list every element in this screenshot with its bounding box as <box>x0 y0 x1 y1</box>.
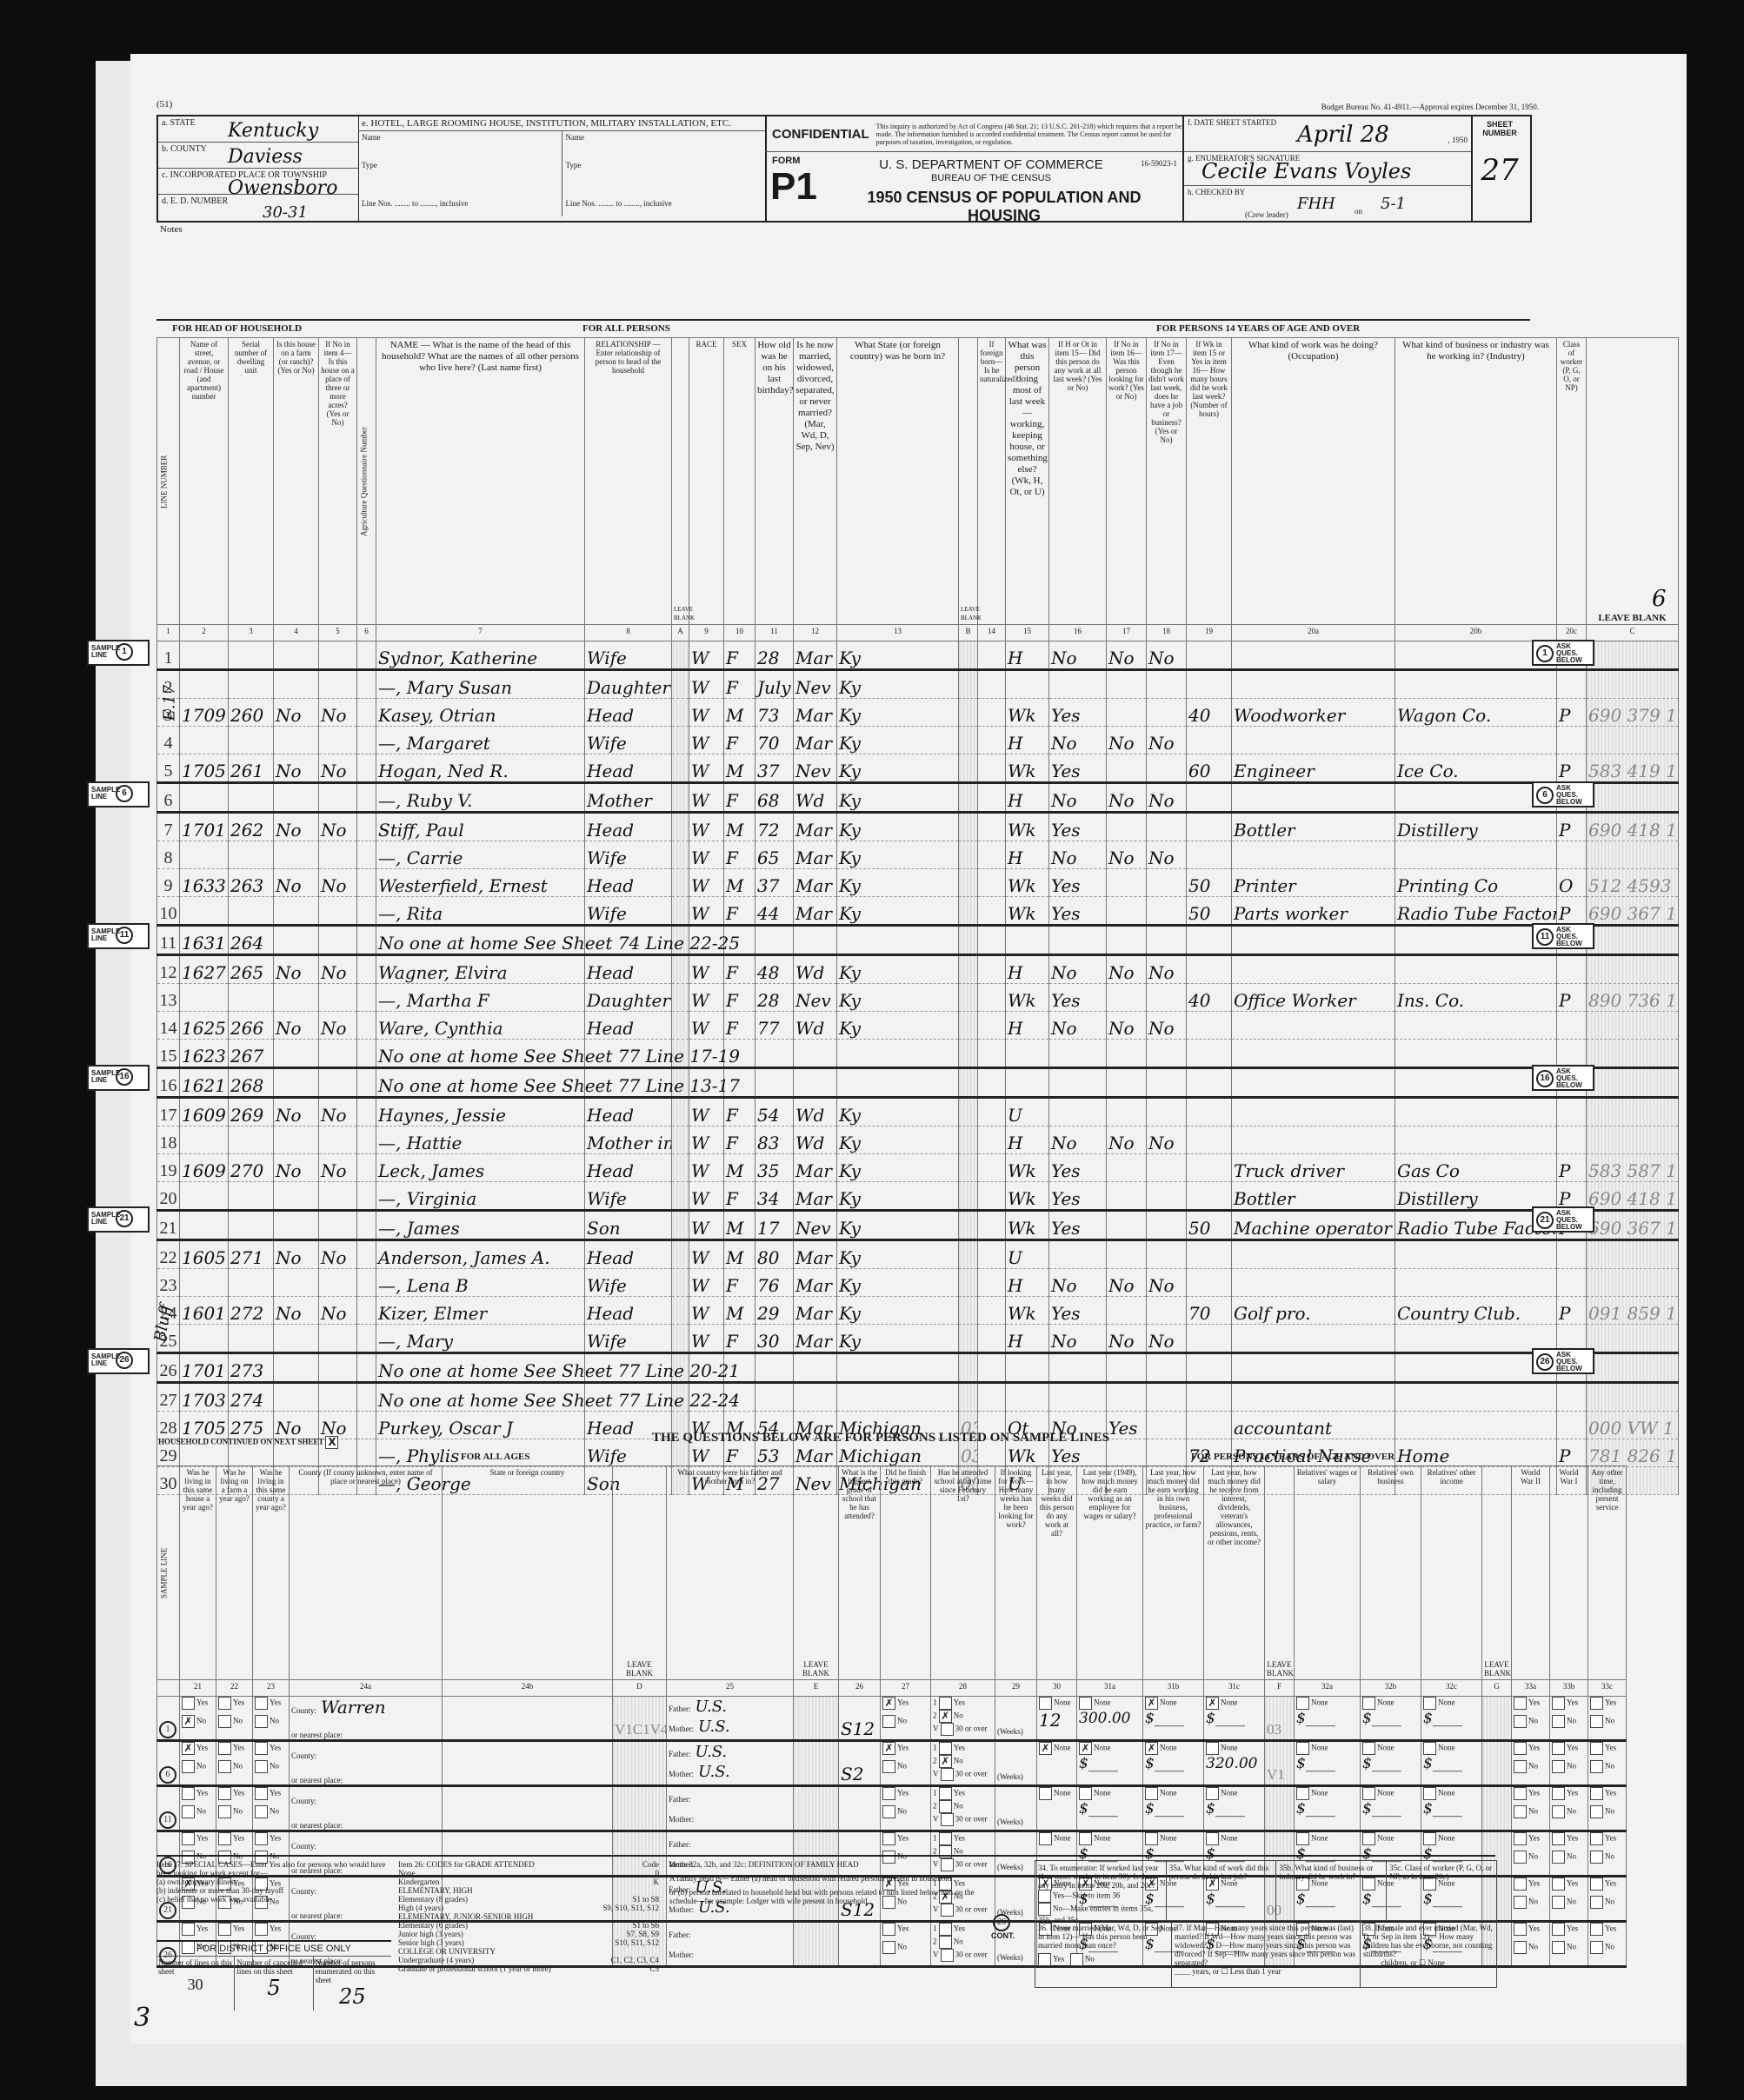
marital-status: Nev <box>794 754 837 783</box>
same-county-yes-checkbox[interactable] <box>255 1697 268 1710</box>
other-service-yes-checkbox[interactable] <box>1590 1877 1603 1891</box>
other-income[interactable]: ✗None$____ <box>1204 1697 1265 1741</box>
no-label: No <box>196 1717 206 1725</box>
rel-other-none-checkbox[interactable] <box>1423 1697 1436 1710</box>
section-head-of-household: FOR HEAD OF HOUSEHOLD <box>172 323 302 334</box>
rel-business-none-checkbox[interactable] <box>1362 1697 1375 1710</box>
same-house-no-checkbox[interactable] <box>182 1760 195 1773</box>
class-of-worker <box>1557 727 1587 754</box>
relatives-wages[interactable]: None$____ <box>1295 1786 1361 1831</box>
industry: Radio Tube Factory <box>1395 897 1557 926</box>
naturalized <box>978 841 1006 869</box>
hours-worked: 40 <box>1187 699 1232 727</box>
industry <box>1395 1412 1557 1439</box>
school-no-checkbox[interactable] <box>939 1800 952 1813</box>
same-county-yes-checkbox[interactable] <box>255 1787 268 1800</box>
relatives-other[interactable]: None$____ <box>1421 1741 1482 1786</box>
weeks-worked[interactable]: None <box>1037 1786 1077 1831</box>
race: W <box>689 841 724 869</box>
line-number: 1 <box>157 641 180 670</box>
ww1-no-checkbox[interactable] <box>1552 1896 1565 1909</box>
weeks-none-checkbox[interactable]: ✗ <box>1039 1742 1052 1755</box>
col-num: 32c <box>1421 1680 1482 1697</box>
same-county-no-checkbox[interactable] <box>255 1760 268 1773</box>
father-birthplace: U.S. <box>696 1698 728 1716</box>
crew-leader-label: (Crew leader) <box>1245 210 1288 219</box>
person-name: —, Ruby V. <box>376 783 585 813</box>
highest-grade[interactable]: S12 <box>839 1697 881 1741</box>
naturalized <box>978 926 1006 955</box>
house-number <box>180 1211 229 1240</box>
leave-blank-a <box>672 841 689 869</box>
rel-wages-none-checkbox[interactable] <box>1296 1832 1309 1845</box>
finished-grade-no-checkbox[interactable] <box>882 1941 895 1954</box>
col-num: 26 <box>839 1680 881 1697</box>
school-no-checkbox[interactable]: ✗ <box>939 1755 952 1768</box>
other-none-checkbox[interactable] <box>1206 1832 1219 1845</box>
activity-last-week: H <box>1006 727 1049 754</box>
ww2-no-checkbox[interactable] <box>1514 1941 1527 1954</box>
other-none-checkbox[interactable]: ✗ <box>1206 1697 1219 1710</box>
col-num: 12 <box>794 625 837 641</box>
school-30-checkbox[interactable] <box>941 1723 954 1736</box>
ww2-yes-checkbox[interactable] <box>1514 1832 1527 1845</box>
other-service-no-checkbox[interactable] <box>1590 1851 1603 1864</box>
ww1-service: YesNo <box>1550 1741 1588 1786</box>
finished-grade-yes-checkbox[interactable] <box>882 1923 895 1936</box>
business-income[interactable]: None$____ <box>1143 1786 1204 1831</box>
other-income[interactable]: None320.00 <box>1204 1741 1265 1786</box>
hours-worked <box>1187 670 1232 699</box>
relationship: Head <box>585 1154 672 1182</box>
q34-yes-checkbox[interactable] <box>1038 1890 1051 1903</box>
ww2-no-checkbox[interactable] <box>1514 1851 1527 1864</box>
wages-none-checkbox[interactable] <box>1079 1832 1092 1845</box>
ww1-no-checkbox[interactable] <box>1552 1805 1565 1818</box>
population-table: LINE NUMBER Name of street, avenue, or r… <box>156 337 1679 1495</box>
farm-year-ago-yes-checkbox[interactable] <box>218 1923 231 1936</box>
highest-grade[interactable] <box>839 1922 881 1967</box>
sample-row: 1Yes✗NoYesNoYesNoCounty: Warrenor neares… <box>157 1697 1627 1741</box>
worked-last-week <box>1049 1353 1107 1383</box>
line-number: 14 <box>157 1012 180 1040</box>
class-of-worker <box>1557 1412 1587 1439</box>
hours-worked <box>1187 1012 1232 1040</box>
worked-last-week: Yes <box>1049 813 1107 841</box>
race: W <box>689 1182 724 1211</box>
school-no-checkbox[interactable]: ✗ <box>939 1710 952 1723</box>
wages-none-checkbox[interactable]: ✗ <box>1079 1742 1092 1755</box>
serial-number <box>229 1269 274 1297</box>
farm-year-ago-yes-checkbox[interactable] <box>218 1742 231 1755</box>
school-yes-checkbox[interactable] <box>939 1832 952 1845</box>
age: 30 <box>756 1325 794 1353</box>
agri-number <box>357 1353 376 1383</box>
same-house-no-checkbox[interactable]: ✗ <box>182 1715 195 1728</box>
ww1-yes-checkbox[interactable] <box>1552 1697 1565 1710</box>
same-house-answer: Yes✗No <box>180 1697 216 1741</box>
relatives-business[interactable]: None$____ <box>1361 1741 1421 1786</box>
county-year-ago[interactable]: County: or nearest place: <box>290 1786 443 1831</box>
sex: M <box>724 1211 756 1240</box>
own-none-checkbox[interactable] <box>1145 1832 1158 1845</box>
business-income[interactable]: ✗None$____ <box>1143 1741 1204 1786</box>
class-of-worker: P <box>1557 1297 1587 1325</box>
leave-blank-b <box>959 1211 978 1240</box>
other-service-no-checkbox[interactable] <box>1590 1805 1603 1818</box>
other-service-yes-checkbox[interactable] <box>1590 1742 1603 1755</box>
other-service-no-checkbox[interactable] <box>1590 1715 1603 1728</box>
ww1-yes-checkbox[interactable] <box>1552 1923 1565 1936</box>
yes-label: Yes <box>1567 1789 1578 1798</box>
naturalized <box>978 727 1006 754</box>
relatives-other[interactable]: None$____ <box>1421 1786 1482 1831</box>
ww2-no-checkbox[interactable] <box>1514 1760 1527 1773</box>
naturalized <box>978 1383 1006 1412</box>
household-continued-checkbox[interactable]: X <box>325 1436 338 1449</box>
relatives-wages[interactable]: None$____ <box>1295 1741 1361 1786</box>
same-house-yes-checkbox[interactable] <box>182 1832 195 1845</box>
col-num: 28 <box>931 1680 995 1697</box>
ww2-no-checkbox[interactable] <box>1514 1805 1527 1818</box>
section-persons-14-b: FOR PERSONS 14 YEARS OF AGE AND OVER <box>1191 1452 1395 1462</box>
class-of-worker <box>1557 670 1587 699</box>
finished-grade-no-checkbox[interactable] <box>882 1805 895 1818</box>
footer-rule <box>156 1855 1495 1857</box>
business-income[interactable]: ✗None$____ <box>1143 1697 1204 1741</box>
hours-worked: 50 <box>1187 869 1232 897</box>
grade-code-label: Kindergarten <box>398 1877 439 1886</box>
other-income[interactable]: None$____ <box>1204 1786 1265 1831</box>
ww2-yes-checkbox[interactable] <box>1514 1923 1527 1936</box>
parents-birthplace[interactable]: Father: U.S.Mother: U.S. <box>667 1741 794 1786</box>
acres-answer: No <box>319 869 357 897</box>
none-label: None <box>1221 1834 1238 1843</box>
looking-for-work <box>1107 1297 1147 1325</box>
own-none-checkbox[interactable]: ✗ <box>1145 1697 1158 1710</box>
wages-none-checkbox[interactable] <box>1079 1697 1092 1710</box>
school-30-checkbox[interactable] <box>941 1949 954 1962</box>
weeks-worked[interactable]: ✗None <box>1037 1741 1077 1786</box>
weeks-looking[interactable]: (Weeks) <box>995 1786 1037 1831</box>
household-continued: HOUSEHOLD CONTINUED ON NEXT SHEET X <box>158 1436 340 1449</box>
grade-code-label: Junior high (3 years) <box>398 1930 463 1938</box>
highest-grade[interactable]: S2 <box>839 1741 881 1786</box>
relatives-other[interactable]: None$____ <box>1421 1697 1482 1741</box>
table-row: 6—, Ruby V.MotherWF68WdKyHNoNoNo <box>157 783 1679 813</box>
ww1-no-checkbox[interactable] <box>1552 1941 1565 1954</box>
birthplace: Ky <box>837 727 959 754</box>
farm-year-ago-yes-checkbox[interactable] <box>218 1832 231 1845</box>
agri-number <box>357 1068 376 1098</box>
school-no-checkbox[interactable] <box>939 1936 952 1949</box>
weeks-none-checkbox[interactable] <box>1039 1787 1052 1800</box>
age <box>756 1383 794 1412</box>
own-none-checkbox[interactable] <box>1145 1787 1158 1800</box>
rel-wages-none-checkbox[interactable] <box>1296 1697 1309 1710</box>
birthplace <box>837 1068 959 1098</box>
activity-last-week <box>1006 1040 1049 1068</box>
ww1-no-checkbox[interactable] <box>1552 1851 1565 1864</box>
weeks-looking[interactable]: (Weeks) <box>995 1831 1037 1877</box>
sample-col-header-25: What country were his father and mother … <box>667 1466 794 1680</box>
looking-for-work <box>1107 1182 1147 1211</box>
same-county-yes-checkbox[interactable] <box>255 1832 268 1845</box>
farm-answer <box>274 727 319 754</box>
ww1-yes-checkbox[interactable] <box>1552 1877 1565 1891</box>
marital-status: Mar <box>794 897 837 926</box>
no-label: No <box>1605 1762 1614 1771</box>
industry <box>1395 1098 1557 1126</box>
none-label: None <box>1160 1698 1177 1707</box>
wages-income[interactable]: None300.00 <box>1077 1697 1143 1741</box>
school-yes-checkbox[interactable] <box>939 1742 952 1755</box>
wages-none-checkbox[interactable] <box>1079 1787 1092 1800</box>
parents-birthplace[interactable]: Father: U.S.Mother: U.S. <box>667 1697 794 1741</box>
rel-business-none-checkbox[interactable] <box>1362 1742 1375 1755</box>
naturalized <box>978 1353 1006 1383</box>
finished-grade-yes-checkbox[interactable]: ✗ <box>882 1697 895 1710</box>
same-county-no-checkbox[interactable] <box>255 1715 268 1728</box>
relatives-business[interactable]: None$____ <box>1361 1786 1421 1831</box>
looking-for-work <box>1107 1040 1147 1068</box>
ww2-yes-checkbox[interactable] <box>1514 1697 1527 1710</box>
none-label: None <box>1438 1789 1455 1798</box>
serial-number: 272 <box>229 1297 274 1325</box>
q36-yes-checkbox[interactable] <box>1038 1953 1051 1966</box>
weeks-none-checkbox[interactable] <box>1039 1697 1052 1710</box>
sample-line-label: SAMPLE LINE <box>91 1070 116 1084</box>
leave-blank-c <box>1587 1098 1679 1126</box>
agri-number <box>357 641 376 670</box>
state-year-ago[interactable] <box>443 1741 613 1786</box>
other-none-checkbox[interactable] <box>1206 1787 1219 1800</box>
ww2-no-checkbox[interactable] <box>1514 1715 1527 1728</box>
ww2-yes-checkbox[interactable] <box>1514 1877 1527 1891</box>
col-num: 7 <box>376 625 585 641</box>
column-numbers: 12345678A910111213B14151617181920a20b20c… <box>157 625 1679 641</box>
occupation: Office Worker <box>1232 984 1395 1012</box>
school-30-checkbox[interactable] <box>941 1768 954 1781</box>
weeks-none-checkbox[interactable] <box>1039 1832 1052 1845</box>
finished-grade-yes-checkbox[interactable] <box>882 1787 895 1800</box>
hours-worked: 40 <box>1187 984 1232 1012</box>
line-number: 23 <box>157 1269 180 1297</box>
other-service-yes-checkbox[interactable] <box>1590 1832 1603 1845</box>
same-county-yes-checkbox[interactable] <box>255 1923 268 1936</box>
relatives-wages[interactable]: None$____ <box>1295 1697 1361 1741</box>
other-none-checkbox[interactable] <box>1206 1742 1219 1755</box>
other-service-no-checkbox[interactable] <box>1590 1941 1603 1954</box>
ww1-no-checkbox[interactable] <box>1552 1760 1565 1773</box>
school-30-checkbox[interactable] <box>941 1813 954 1826</box>
class-of-worker: P <box>1557 984 1587 1012</box>
same-county-no-checkbox[interactable] <box>255 1805 268 1818</box>
same-house-yes-checkbox[interactable] <box>182 1697 195 1710</box>
farm-year-ago-yes-checkbox[interactable] <box>218 1787 231 1800</box>
none-label: None <box>1221 1698 1238 1707</box>
has-job: No <box>1147 783 1187 813</box>
agri-number <box>357 699 376 727</box>
birthplace <box>837 1040 959 1068</box>
person-name: Wagner, Elvira <box>376 955 585 984</box>
parents-birthplace[interactable]: Father: Mother: <box>667 1922 794 1967</box>
other-service-no-checkbox[interactable] <box>1590 1760 1603 1773</box>
weeks-looking[interactable]: (Weeks) <box>995 1697 1037 1741</box>
serial-number: 265 <box>229 955 274 984</box>
wages-income[interactable]: None$____ <box>1077 1786 1143 1831</box>
acres-answer: No <box>319 1412 357 1439</box>
parents-birthplace[interactable]: Father: Mother: <box>667 1786 794 1831</box>
birthplace: Ky <box>837 1012 959 1040</box>
relationship: Daughter <box>585 984 672 1012</box>
same-house-yes-checkbox[interactable] <box>182 1787 195 1800</box>
ww2-yes-checkbox[interactable] <box>1514 1742 1527 1755</box>
naturalized <box>978 955 1006 984</box>
farm-answer <box>274 897 319 926</box>
grade-codes-title: Item 26: CODES for GRADE ATTENDED <box>398 1860 535 1869</box>
col-num: 22 <box>216 1680 253 1697</box>
has-job <box>1147 1154 1187 1182</box>
house-number <box>180 897 229 926</box>
ww2-no-checkbox[interactable] <box>1514 1896 1527 1909</box>
col-header-17: If No in item 16— Was this person lookin… <box>1107 338 1147 625</box>
q34-text: 34. To enumerator: If worked last year (… <box>1038 1864 1163 1890</box>
other-service-no-checkbox[interactable] <box>1590 1896 1603 1909</box>
ww2-service: YesNo <box>1512 1877 1550 1922</box>
race: W <box>689 955 724 984</box>
rel-other-none-checkbox[interactable] <box>1423 1787 1436 1800</box>
weeks-looking[interactable]: (Weeks) <box>995 1741 1037 1786</box>
col-header-11: How old was he on his last birthday? <box>756 338 794 625</box>
county-year-ago[interactable]: County: or nearest place: <box>290 1741 443 1786</box>
no-label: No <box>954 1757 963 1765</box>
yes-label: Yes <box>897 1924 909 1933</box>
house-number <box>180 841 229 869</box>
own-none-checkbox[interactable]: ✗ <box>1145 1742 1158 1755</box>
leave-blank-a <box>672 1098 689 1126</box>
other-service-yes-checkbox[interactable] <box>1590 1697 1603 1710</box>
serial-number <box>229 783 274 813</box>
leave-blank-c <box>1587 926 1679 955</box>
finished-grade-yes-checkbox[interactable]: ✗ <box>882 1742 895 1755</box>
no-label: No <box>1567 1943 1576 1951</box>
mother-birthplace: U.S. <box>698 1763 730 1781</box>
farm-answer <box>274 1211 319 1240</box>
school-yes-checkbox[interactable] <box>939 1923 952 1936</box>
relationship: Wife <box>585 641 672 670</box>
grade-code-value: 0 <box>656 1869 660 1877</box>
weeks-worked[interactable]: None12 <box>1037 1697 1077 1741</box>
ww1-yes-checkbox[interactable] <box>1552 1742 1565 1755</box>
same-county-yes-checkbox[interactable] <box>255 1742 268 1755</box>
rel-other-none-checkbox[interactable] <box>1423 1832 1436 1845</box>
school-yes-checkbox[interactable] <box>939 1787 952 1800</box>
farm-year-ago-no-checkbox[interactable] <box>218 1715 231 1728</box>
same-house-yes-checkbox[interactable]: ✗ <box>182 1742 195 1755</box>
class-of-worker: P <box>1557 754 1587 783</box>
yes-label: Yes <box>1528 1744 1540 1752</box>
relatives-business[interactable]: None$____ <box>1361 1697 1421 1741</box>
leave-blank-c: 512 4593 <box>1587 869 1679 897</box>
occupation <box>1232 670 1395 699</box>
agri-number <box>357 1012 376 1040</box>
agri-number <box>357 783 376 813</box>
agri-number <box>357 955 376 984</box>
school-30-checkbox[interactable] <box>941 1904 954 1917</box>
rel-wages-none-checkbox[interactable] <box>1296 1742 1309 1755</box>
col-num: 25 <box>667 1680 794 1697</box>
farm-year-ago-no-checkbox[interactable] <box>218 1805 231 1818</box>
school-yes-checkbox[interactable] <box>939 1697 952 1710</box>
census-sheet: (51) Budget Bureau No. 41-4911.—Approval… <box>130 54 1687 2044</box>
same-house-yes-checkbox[interactable] <box>182 1923 195 1936</box>
rel-other-none-checkbox[interactable] <box>1423 1742 1436 1755</box>
ask-line-number: 21 <box>1536 1212 1554 1229</box>
q36-no-checkbox[interactable] <box>1070 1953 1083 1966</box>
occupation <box>1232 955 1395 984</box>
farm-year-ago-no-checkbox[interactable] <box>218 1760 231 1773</box>
sample-col-header-23: Was he living in this same county a year… <box>253 1466 290 1680</box>
race: W <box>689 1154 724 1182</box>
other-service-yes-checkbox[interactable] <box>1590 1787 1603 1800</box>
relationship: Head <box>585 1098 672 1126</box>
grade-code-value: S1 to S8 <box>632 1895 659 1904</box>
leave-blank-b <box>959 1353 978 1383</box>
rel-business-none-checkbox[interactable] <box>1362 1787 1375 1800</box>
rel-wages-none-checkbox[interactable] <box>1296 1787 1309 1800</box>
ww1-yes-checkbox[interactable] <box>1552 1832 1565 1845</box>
finished-grade-no-checkbox[interactable] <box>882 1760 895 1773</box>
wages-income[interactable]: ✗None$____ <box>1077 1741 1143 1786</box>
age <box>756 926 794 955</box>
sample-column-headers: SAMPLE LINE Was he living in this same h… <box>157 1466 1627 1680</box>
yes-label: Yes <box>196 1789 208 1798</box>
finished-grade-yes-checkbox[interactable] <box>882 1832 895 1845</box>
rel-business-none-checkbox[interactable] <box>1362 1832 1375 1845</box>
marital-status <box>794 1383 837 1412</box>
col-header-10: SEX <box>724 338 756 625</box>
county-year-ago[interactable]: County: Warrenor nearest place: <box>290 1697 443 1741</box>
ww2-yes-checkbox[interactable] <box>1514 1787 1527 1800</box>
q34-no-checkbox[interactable] <box>1038 1903 1051 1916</box>
cont-label: CONT. <box>991 1931 1015 1940</box>
birthplace: Ky <box>837 754 959 783</box>
ww1-no-checkbox[interactable] <box>1552 1715 1565 1728</box>
table-row: 51705261NoNoHogan, Ned R.HeadWM37NevKyWk… <box>157 754 1679 783</box>
finished-grade-no-checkbox[interactable] <box>882 1715 895 1728</box>
has-job <box>1147 1040 1187 1068</box>
class-of-worker <box>1557 1269 1587 1297</box>
none-label: None <box>1054 1834 1071 1843</box>
relationship: Head <box>585 699 672 727</box>
ww1-yes-checkbox[interactable] <box>1552 1787 1565 1800</box>
other-service-yes-checkbox[interactable] <box>1590 1923 1603 1936</box>
population-rows: 1Sydnor, KatherineWifeWF28MarKyHNoNoNo2—… <box>157 641 1679 1495</box>
line-number: 6 <box>157 783 180 813</box>
section-persons-14: FOR PERSONS 14 YEARS OF AGE AND OVER <box>1156 323 1360 334</box>
same-house-no-checkbox[interactable] <box>182 1805 195 1818</box>
farm-year-ago-yes-checkbox[interactable] <box>218 1697 231 1710</box>
marital-status: Nev <box>794 984 837 1012</box>
state-year-ago[interactable] <box>443 1786 613 1831</box>
state-year-ago[interactable] <box>443 1697 613 1741</box>
activity-last-week: H <box>1006 1126 1049 1154</box>
worked-last-week: No <box>1049 727 1107 754</box>
highest-grade[interactable] <box>839 1786 881 1831</box>
farm-year-ago-answer: YesNo <box>216 1697 253 1741</box>
naturalized <box>978 1211 1006 1240</box>
